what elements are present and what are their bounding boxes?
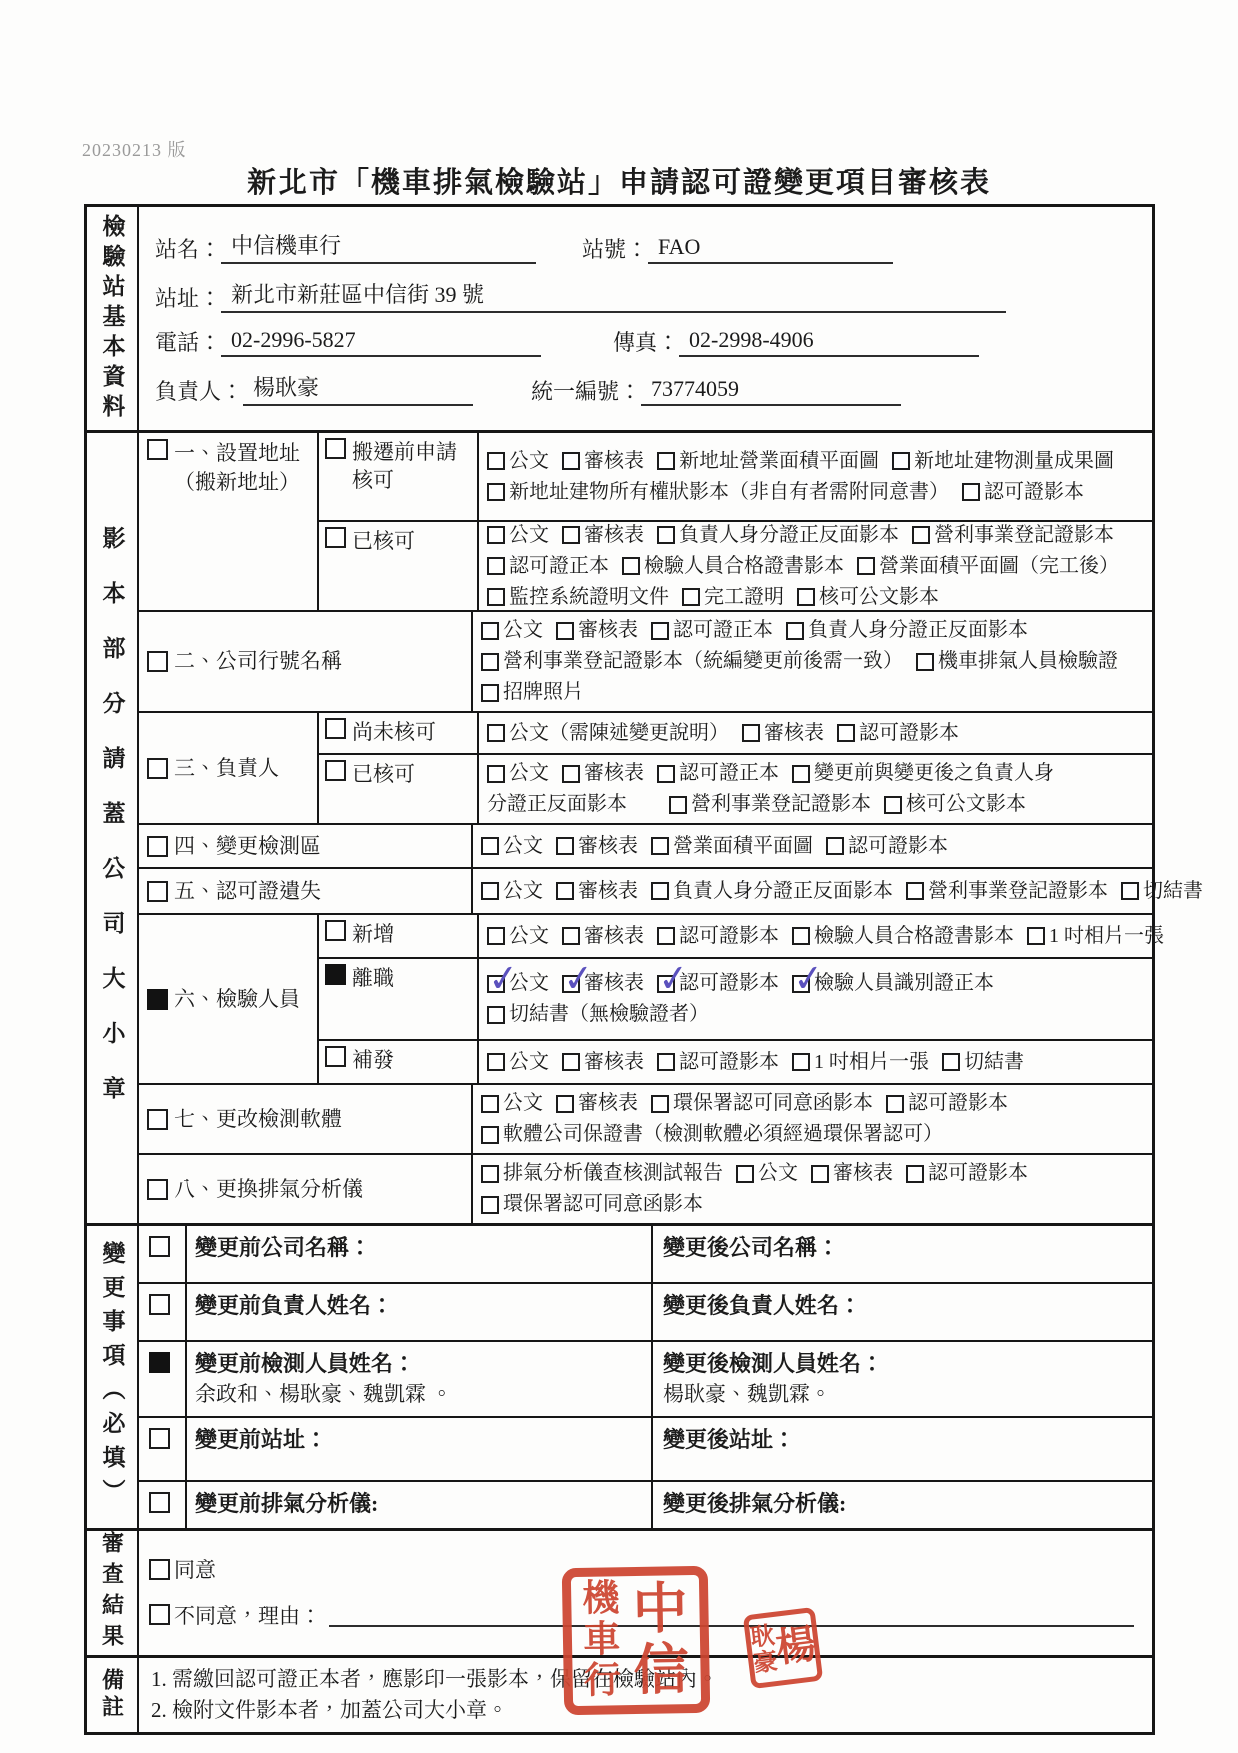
document-item: 審核表 xyxy=(562,923,644,950)
document-item: 審核表 xyxy=(811,1160,893,1187)
item-label: 公文（需陳述變更說明） xyxy=(509,720,729,747)
after-value[interactable]: 楊耿豪、魏凱霖。 xyxy=(663,1379,1142,1409)
item-label: 認可證影本 xyxy=(984,479,1084,506)
document-item: 變更前與變更後之負責人身 xyxy=(792,760,1054,787)
change-row-analyzer: 變更前排氣分析儀: 變更後排氣分析儀: xyxy=(139,1480,1152,1528)
item-label: 營業面積平面圖（完工後） xyxy=(879,553,1119,580)
copies-row-8: 八、更換排氣分析儀 排氣分析儀查核測試報告公文審核表認可證影本 環保署認可同意函… xyxy=(139,1153,1152,1223)
checkbox[interactable] xyxy=(884,796,902,814)
document-item: 公文 xyxy=(487,923,549,950)
document-item: 認可證影本 xyxy=(906,1160,1028,1187)
checkbox[interactable] xyxy=(556,837,574,855)
checkbox[interactable] xyxy=(487,1006,505,1024)
company-seal-stamp: 中信 機車行 xyxy=(562,1566,711,1716)
uniform-no-label: 統一編號： xyxy=(531,375,641,406)
checkbox[interactable] xyxy=(786,622,804,640)
item-label: 公文 xyxy=(509,923,549,950)
checkbox-line: 新地址建物所有權狀影本（非自有者需附同意書）認可證影本 xyxy=(487,479,1148,506)
subcategory-cell: 新增 xyxy=(319,915,479,957)
before-label: 變更前檢測人員姓名： xyxy=(195,1349,643,1379)
change-row-inspectors: 變更前檢測人員姓名： 余政和、楊耿豪、魏凱霖 。 變更後檢測人員姓名： 楊耿豪、… xyxy=(139,1340,1152,1416)
item-label: 公文 xyxy=(509,970,549,997)
subcategory-checkbox[interactable] xyxy=(325,964,346,985)
document-item: ✓認可證影本 xyxy=(657,970,779,997)
checkbox[interactable] xyxy=(682,588,700,606)
section-copies: 影本部分請蓋公司大小章 一、設置地址 （搬新地址） xyxy=(87,430,1152,1223)
checkbox[interactable] xyxy=(651,882,669,900)
checkbox[interactable] xyxy=(481,1196,499,1214)
document-item: 環保署認可同意函影本 xyxy=(481,1191,703,1218)
subcategory-checkbox[interactable] xyxy=(325,527,346,548)
checkbox[interactable] xyxy=(562,526,580,544)
category-checkbox[interactable] xyxy=(147,758,168,779)
document-item: 新地址建物測量成果圖 xyxy=(892,448,1114,475)
checkbox[interactable] xyxy=(556,622,574,640)
checkbox[interactable] xyxy=(487,765,505,783)
checkbox[interactable] xyxy=(742,724,760,742)
item-label: 審核表 xyxy=(584,448,644,475)
checkbox[interactable] xyxy=(942,1053,960,1071)
copies-row-4: 四、變更檢測區 公文審核表營業面積平面圖認可證影本 xyxy=(139,823,1152,867)
copies-row-7: 七、更改檢測軟體 公文審核表環保署認可同意函影本認可證影本 軟體公司保證書（檢測… xyxy=(139,1083,1152,1153)
document-item: 公文 xyxy=(736,1160,798,1187)
before-label: 變更前排氣分析儀: xyxy=(195,1489,643,1519)
station-code-label: 站號： xyxy=(582,233,648,264)
field-line: 電話： 02-2996-5827 傳真： 02-2998-4906 xyxy=(155,326,1152,357)
item-label: 排氣分析儀查核測試報告 xyxy=(503,1160,723,1187)
checkbox[interactable] xyxy=(487,927,505,945)
checkbox-line: 公文審核表營業面積平面圖認可證影本 xyxy=(481,833,1148,860)
checkbox[interactable] xyxy=(487,557,505,575)
checkbox[interactable] xyxy=(562,1053,580,1071)
checkbox[interactable] xyxy=(906,882,924,900)
agree-checkbox[interactable] xyxy=(149,1559,170,1580)
checkbox[interactable] xyxy=(487,526,505,544)
checkbox-line: 公文審核表環保署認可同意函影本認可證影本 xyxy=(481,1090,1148,1117)
item-label: 認可證正本 xyxy=(673,617,773,644)
item-label: 負責人身分證正反面影本 xyxy=(673,878,893,905)
section-label-notes: 備註 xyxy=(87,1658,139,1732)
category-cell: 六、檢驗人員 xyxy=(139,915,319,1083)
item-label: 公文 xyxy=(509,760,549,787)
document-item: 公文 xyxy=(481,878,543,905)
checkbox[interactable] xyxy=(487,724,505,742)
document-item: 檢驗人員合格證書影本 xyxy=(792,923,1014,950)
document-item: 負責人身分證正反面影本 xyxy=(651,878,893,905)
checkbox-line: 招牌照片 xyxy=(481,679,1148,706)
category-cell: 一、設置地址 （搬新地址） xyxy=(139,433,319,610)
change-row-address: 變更前站址： 變更後站址： xyxy=(139,1416,1152,1480)
item-label: 公文 xyxy=(509,1049,549,1076)
document-item: 新地址營業面積平面圖 xyxy=(657,448,879,475)
subrow-not-yet-approved: 尚未核可 公文（需陳述變更說明）審核表認可證影本 xyxy=(319,713,1152,753)
category-cell: 八、更換排氣分析儀 xyxy=(139,1155,473,1223)
document-item: 營利事業登記證影本（統編變更前後需一致） xyxy=(481,648,903,675)
item-label: 審核表 xyxy=(584,760,644,787)
checkbox-line: 公文審核表認可證影本檢驗人員合格證書影本1 吋相片一張 xyxy=(487,923,1148,950)
checkbox-line: ✓公文✓審核表✓認可證影本✓檢驗人員識別證正本 xyxy=(487,970,1148,997)
agree-label: 同意 xyxy=(174,1554,216,1584)
item-label: 審核表 xyxy=(833,1160,893,1187)
category-checkbox[interactable] xyxy=(147,881,168,902)
after-label: 變更後檢測人員姓名： xyxy=(663,1349,1142,1379)
owner-seal-stamp: 楊 耿豪 xyxy=(743,1607,823,1689)
copies-row-1: 一、設置地址 （搬新地址） 搬遷前申請核可 公文審核表新地址營業面積平面圖新地址… xyxy=(139,433,1152,610)
checkbox[interactable] xyxy=(657,765,675,783)
document-item: 審核表 xyxy=(742,720,824,747)
checkbox[interactable] xyxy=(736,1165,754,1183)
item-label: 公文 xyxy=(509,522,549,549)
checkbox-line: 軟體公司保證書（檢測軟體必須經過環保署認可） xyxy=(481,1121,1148,1148)
checkbox[interactable] xyxy=(481,837,499,855)
subcategory-cell: 離職 xyxy=(319,959,479,1039)
checkbox[interactable] xyxy=(556,882,574,900)
checkbox[interactable] xyxy=(562,765,580,783)
item-label: 1 吋相片一張 xyxy=(814,1049,929,1076)
subcategory-cell: 已核可 xyxy=(319,522,479,610)
after-label: 變更後排氣分析儀: xyxy=(663,1489,1142,1519)
checkbox[interactable] xyxy=(916,653,934,671)
address-value[interactable]: 新北市新莊區中信街 39 號 xyxy=(221,278,1006,313)
category-checkbox[interactable] xyxy=(147,651,168,672)
checkbox[interactable] xyxy=(481,1126,499,1144)
subrow-new-staff: 新增 公文審核表認可證影本檢驗人員合格證書影本1 吋相片一張 xyxy=(319,915,1152,957)
reason-blank-line[interactable] xyxy=(329,1603,1134,1627)
checkbox[interactable] xyxy=(797,588,815,606)
document-item: 1 吋相片一張 xyxy=(792,1049,929,1076)
item-label: 審核表 xyxy=(578,1090,638,1117)
document-item: 認可證正本 xyxy=(651,617,773,644)
document-item: 軟體公司保證書（檢測軟體必須經過環保署認可） xyxy=(481,1121,943,1148)
change-checkbox[interactable] xyxy=(149,1294,170,1315)
scanned-form-page: 20230213 版 新北市「機車排氣檢驗站」申請認可證變更項目審核表 檢驗站基… xyxy=(0,0,1238,1753)
subrow-before-approval: 搬遷前申請核可 公文審核表新地址營業面積平面圖新地址建物測量成果圖 新地址建物所… xyxy=(319,433,1152,520)
after-label: 變更後負責人姓名： xyxy=(663,1291,1142,1321)
document-item: 完工證明 xyxy=(682,584,784,611)
document-item: ✓檢驗人員識別證正本 xyxy=(792,970,994,997)
checkbox[interactable] xyxy=(657,526,675,544)
owner-value[interactable]: 楊耿豪 xyxy=(243,371,473,406)
item-label: 認可證正本 xyxy=(509,553,609,580)
station-name-label: 站名： xyxy=(155,233,221,264)
checkbox[interactable] xyxy=(892,452,910,470)
station-code-value[interactable]: FAO xyxy=(648,234,893,264)
category-cell: 二、公司行號名稱 xyxy=(139,612,473,711)
document-item: 審核表 xyxy=(556,833,638,860)
change-checkbox[interactable] xyxy=(149,1236,170,1257)
subcategory-checkbox[interactable] xyxy=(325,718,346,739)
change-row-company-name: 變更前公司名稱： 變更後公司名稱： xyxy=(139,1226,1152,1282)
stamp-text-column: 楊 xyxy=(773,1622,818,1671)
checkbox[interactable] xyxy=(857,557,875,575)
copies-row-5: 五、認可證遺失 公文審核表負責人身分證正反面影本營利事業登記證影本切結書 xyxy=(139,867,1152,913)
subcategory-checkbox[interactable] xyxy=(325,920,346,941)
section-label-basic: 檢驗站基本資料 xyxy=(87,207,139,430)
item-label: 環保署認可同意函影本 xyxy=(673,1090,873,1117)
document-item: 公文 xyxy=(481,1090,543,1117)
disagree-checkbox[interactable] xyxy=(149,1604,170,1625)
section-label-review: 審查結果 xyxy=(87,1531,139,1655)
field-line: 站址： 新北市新莊區中信街 39 號 xyxy=(155,278,1152,313)
checkbox[interactable] xyxy=(792,927,810,945)
item-label: 新地址建物所有權狀影本（非自有者需附同意書） xyxy=(509,479,949,506)
disagree-label: 不同意，理由： xyxy=(174,1600,321,1630)
item-label: 審核表 xyxy=(584,522,644,549)
item-label: 招牌照片 xyxy=(503,679,583,706)
checkbox[interactable] xyxy=(487,588,505,606)
document-item: 認可證影本 xyxy=(657,1049,779,1076)
checkbox[interactable] xyxy=(792,765,810,783)
subcategory-cell: 補發 xyxy=(319,1041,479,1083)
checkbox[interactable] xyxy=(651,837,669,855)
document-item: 監控系統證明文件 xyxy=(487,584,669,611)
station-name-value[interactable]: 中信機車行 xyxy=(221,229,536,264)
document-item: 認可證影本 xyxy=(837,720,959,747)
checkbox[interactable] xyxy=(562,452,580,470)
before-value[interactable]: 余政和、楊耿豪、魏凱霖 。 xyxy=(195,1379,643,1409)
category-label: 一、設置地址 （搬新地址） xyxy=(174,439,300,497)
item-label: 切結書 xyxy=(964,1049,1024,1076)
change-checkbox[interactable] xyxy=(149,1352,170,1373)
subrow-approved: 已核可 公文審核表負責人身分證正反面影本營利事業登記證影本 認可證正本檢驗人員合… xyxy=(319,520,1152,610)
address-label: 站址： xyxy=(155,282,221,313)
item-label: 審核表 xyxy=(584,1049,644,1076)
subcategory-checkbox[interactable] xyxy=(325,760,346,781)
item-label: 切結書 xyxy=(1143,878,1203,905)
item-label: 公文 xyxy=(503,833,543,860)
uniform-no-value[interactable]: 73774059 xyxy=(641,376,901,406)
checkbox[interactable] xyxy=(792,1053,810,1071)
item-label: 1 吋相片一張 xyxy=(1049,923,1164,950)
checkbox[interactable] xyxy=(657,927,675,945)
item-label: 認可證正本 xyxy=(679,760,779,787)
copies-row-2: 二、公司行號名稱 公文審核表認可證正本負責人身分證正反面影本 營利事業登記證影本… xyxy=(139,610,1152,711)
item-label: 變更前與變更後之負責人身 xyxy=(814,760,1054,787)
before-label: 變更前公司名稱： xyxy=(195,1233,643,1263)
document-item: 公文 xyxy=(487,760,549,787)
category-cell: 五、認可證遺失 xyxy=(139,869,473,913)
checkbox[interactable] xyxy=(912,526,930,544)
item-label: 軟體公司保證書（檢測軟體必須經過環保署認可） xyxy=(503,1121,943,1148)
item-label: 公文 xyxy=(503,878,543,905)
checkbox-line: 公文審核表認可證正本變更前與變更後之負責人身 xyxy=(487,760,1148,787)
subrow-reissue: 補發 公文審核表認可證影本1 吋相片一張切結書 xyxy=(319,1039,1152,1083)
checkbox[interactable] xyxy=(481,622,499,640)
checkbox[interactable] xyxy=(837,724,855,742)
document-item: 審核表 xyxy=(562,760,644,787)
checkbox[interactable] xyxy=(811,1165,829,1183)
category-checkbox[interactable] xyxy=(147,439,168,460)
document-item: 1 吋相片一張 xyxy=(1027,923,1164,950)
item-label: 認可證影本 xyxy=(679,923,779,950)
document-item: 公文 xyxy=(481,617,543,644)
checkbox-line: 公文（需陳述變更說明）審核表認可證影本 xyxy=(487,720,1148,747)
category-cell: 七、更改檢測軟體 xyxy=(139,1085,473,1153)
document-item: 審核表 xyxy=(562,448,644,475)
document-item: 營利事業登記證影本 xyxy=(906,878,1108,905)
checkbox[interactable] xyxy=(1121,882,1139,900)
checkbox[interactable] xyxy=(651,622,669,640)
checkbox[interactable] xyxy=(1027,927,1045,945)
changes-rows: 變更前公司名稱： 變更後公司名稱： 變更前負責人姓名： 變 xyxy=(139,1226,1152,1528)
checkbox-line: 監控系統證明文件完工證明核可公文影本 xyxy=(487,584,1148,611)
subcategory-cell: 搬遷前申請核可 xyxy=(319,433,479,520)
review-form-table: 檢驗站基本資料 站名： 中信機車行 站號： FAO 站址： 新北市新莊區中信街 … xyxy=(84,204,1155,1735)
field-line: 負責人： 楊耿豪 統一編號： 73774059 xyxy=(155,371,1152,406)
document-item: 公文 xyxy=(487,448,549,475)
item-label: 環保署認可同意函影本 xyxy=(503,1191,703,1218)
checkbox[interactable]: ✓ xyxy=(562,975,580,993)
category-checkbox[interactable] xyxy=(147,836,168,857)
document-item: 分證正反面影本 xyxy=(487,791,627,818)
change-row-owner-name: 變更前負責人姓名： 變更後負責人姓名： xyxy=(139,1282,1152,1340)
item-label: 公文 xyxy=(503,617,543,644)
item-label: 審核表 xyxy=(584,970,644,997)
document-item: 公文 xyxy=(487,522,549,549)
checkbox-line: 公文審核表負責人身分證正反面影本營利事業登記證影本 xyxy=(487,522,1148,549)
checkbox-line: 營利事業登記證影本（統編變更前後需一致）機車排氣人員檢驗證 xyxy=(481,648,1148,675)
document-item: 審核表 xyxy=(562,522,644,549)
section-basic-info: 檢驗站基本資料 站名： 中信機車行 站號： FAO 站址： 新北市新莊區中信街 … xyxy=(87,207,1152,430)
checkbox[interactable] xyxy=(651,1095,669,1113)
basic-info-fields: 站名： 中信機車行 站號： FAO 站址： 新北市新莊區中信街 39 號 電話：… xyxy=(139,207,1152,430)
category-checkbox[interactable] xyxy=(147,1109,168,1130)
page-title: 新北市「機車排氣檢驗站」申請認可證變更項目審核表 xyxy=(0,160,1238,201)
checkbox[interactable] xyxy=(906,1165,924,1183)
item-label: 新地址營業面積平面圖 xyxy=(679,448,879,475)
category-checkbox[interactable] xyxy=(147,989,168,1010)
item-label: 負責人身分證正反面影本 xyxy=(679,522,899,549)
document-item: 檢驗人員合格證書影本 xyxy=(622,553,844,580)
document-item: 切結書 xyxy=(1121,878,1203,905)
document-item: 認可證正本 xyxy=(657,760,779,787)
item-label: 認可證影本 xyxy=(908,1090,1008,1117)
item-label: 分證正反面影本 xyxy=(487,791,627,818)
item-label: 檢驗人員合格證書影本 xyxy=(814,923,1014,950)
item-label: 營利事業登記證影本 xyxy=(691,791,871,818)
category-checkbox[interactable] xyxy=(147,1179,168,1200)
item-label: 審核表 xyxy=(584,923,644,950)
after-label: 變更後站址： xyxy=(663,1425,1142,1455)
document-item: 負責人身分證正反面影本 xyxy=(786,617,1028,644)
copies-row-6: 六、檢驗人員 新增 公文審核表認可證影本檢驗人員合格證書影本1 吋相片一張 xyxy=(139,913,1152,1083)
item-label: 機車排氣人員檢驗證 xyxy=(938,648,1118,675)
document-item: 營利事業登記證影本 xyxy=(912,522,1114,549)
document-item: 公文 xyxy=(487,1049,549,1076)
checkbox[interactable]: ✓ xyxy=(487,975,505,993)
checkbox[interactable] xyxy=(886,1095,904,1113)
checkbox-line: 切結書（無檢驗證者） xyxy=(487,1001,1148,1028)
checkbox[interactable] xyxy=(669,796,687,814)
checkbox-line: 公文審核表認可證影本1 吋相片一張切結書 xyxy=(487,1049,1148,1076)
copies-row-3: 三、負責人 尚未核可 公文（需陳述變更說明）審核表認可證影本 xyxy=(139,711,1152,823)
checkbox-line: 公文審核表負責人身分證正反面影本營利事業登記證影本切結書 xyxy=(481,878,1148,905)
before-label: 變更前負責人姓名： xyxy=(195,1291,643,1321)
checkbox[interactable] xyxy=(487,452,505,470)
phone-value[interactable]: 02-2996-5827 xyxy=(221,327,541,357)
document-item: 切結書（無檢驗證者） xyxy=(487,1001,709,1028)
item-label: 檢驗人員合格證書影本 xyxy=(644,553,844,580)
item-label: 認可證影本 xyxy=(848,833,948,860)
item-label: 公文 xyxy=(509,448,549,475)
subrow-resigned-staff: 離職 ✓公文✓審核表✓認可證影本✓檢驗人員識別證正本 切結書（無檢驗證者） xyxy=(319,957,1152,1039)
checkbox-line: 認可證正本檢驗人員合格證書影本營業面積平面圖（完工後） xyxy=(487,553,1148,580)
document-item: ✓公文 xyxy=(487,970,549,997)
item-label: 審核表 xyxy=(578,617,638,644)
checkbox-line: 公文審核表認可證正本負責人身分證正反面影本 xyxy=(481,617,1148,644)
checkbox[interactable] xyxy=(481,684,499,702)
section-label-changes: 變更事項（必填） xyxy=(87,1226,139,1528)
version-label: 20230213 版 xyxy=(82,136,187,162)
document-item: 公文（需陳述變更說明） xyxy=(487,720,729,747)
checkbox[interactable] xyxy=(826,837,844,855)
subrow-approved: 已核可 公文審核表認可證正本變更前與變更後之負責人身 分證正反面影本營利事業登記… xyxy=(319,753,1152,823)
item-label: 認可證影本 xyxy=(679,970,779,997)
checkbox[interactable] xyxy=(556,1095,574,1113)
document-item: 認可證正本 xyxy=(487,553,609,580)
checkbox[interactable] xyxy=(481,882,499,900)
change-checkbox[interactable] xyxy=(149,1428,170,1449)
document-item: 環保署認可同意函影本 xyxy=(651,1090,873,1117)
document-item: 營業面積平面圖（完工後） xyxy=(857,553,1119,580)
document-item: 切結書 xyxy=(942,1049,1024,1076)
subcategory-cell: 已核可 xyxy=(319,755,479,823)
item-label: 公文 xyxy=(758,1160,798,1187)
checkbox[interactable] xyxy=(657,1053,675,1071)
checkbox-line: 公文審核表新地址營業面積平面圖新地址建物測量成果圖 xyxy=(487,448,1148,475)
checkbox[interactable] xyxy=(962,483,980,501)
document-item: 審核表 xyxy=(562,1049,644,1076)
fax-label: 傳真： xyxy=(613,326,679,357)
item-label: 公文 xyxy=(503,1090,543,1117)
item-label: 新地址建物測量成果圖 xyxy=(914,448,1114,475)
checkbox[interactable]: ✓ xyxy=(657,975,675,993)
checkbox[interactable]: ✓ xyxy=(792,975,810,993)
document-item: 排氣分析儀查核測試報告 xyxy=(481,1160,723,1187)
change-checkbox[interactable] xyxy=(149,1492,170,1513)
item-label: 認可證影本 xyxy=(859,720,959,747)
item-label: 核可公文影本 xyxy=(819,584,939,611)
document-item: 審核表 xyxy=(556,1090,638,1117)
item-label: 認可證影本 xyxy=(928,1160,1028,1187)
item-label: 審核表 xyxy=(578,878,638,905)
checkbox[interactable] xyxy=(481,1095,499,1113)
checkbox[interactable] xyxy=(481,1165,499,1183)
subcategory-checkbox[interactable] xyxy=(325,1046,346,1067)
checkbox-line: 環保署認可同意函影本 xyxy=(481,1191,1148,1218)
checkbox[interactable] xyxy=(657,452,675,470)
subcategory-checkbox[interactable] xyxy=(325,438,346,459)
category-cell: 四、變更檢測區 xyxy=(139,825,473,867)
item-label: 營業面積平面圖 xyxy=(673,833,813,860)
document-item: 核可公文影本 xyxy=(797,584,939,611)
checkbox-line: 排氣分析儀查核測試報告公文審核表認可證影本 xyxy=(481,1160,1148,1187)
checkbox[interactable] xyxy=(622,557,640,575)
checkbox[interactable] xyxy=(487,1053,505,1071)
item-label: 營利事業登記證影本 xyxy=(928,878,1108,905)
checkbox[interactable] xyxy=(487,483,505,501)
stamp-text-column: 中信 xyxy=(630,1579,690,1701)
item-label: 營利事業登記證影本 xyxy=(934,522,1114,549)
checkbox[interactable] xyxy=(562,927,580,945)
checkbox-line: 分證正反面影本營利事業登記證影本核可公文影本 xyxy=(487,791,1148,818)
document-item: ✓審核表 xyxy=(562,970,644,997)
document-item: 營業面積平面圖 xyxy=(651,833,813,860)
fax-value[interactable]: 02-2998-4906 xyxy=(679,327,979,357)
document-item: 招牌照片 xyxy=(481,679,583,706)
document-item: 認可證影本 xyxy=(826,833,948,860)
checkbox[interactable] xyxy=(481,653,499,671)
